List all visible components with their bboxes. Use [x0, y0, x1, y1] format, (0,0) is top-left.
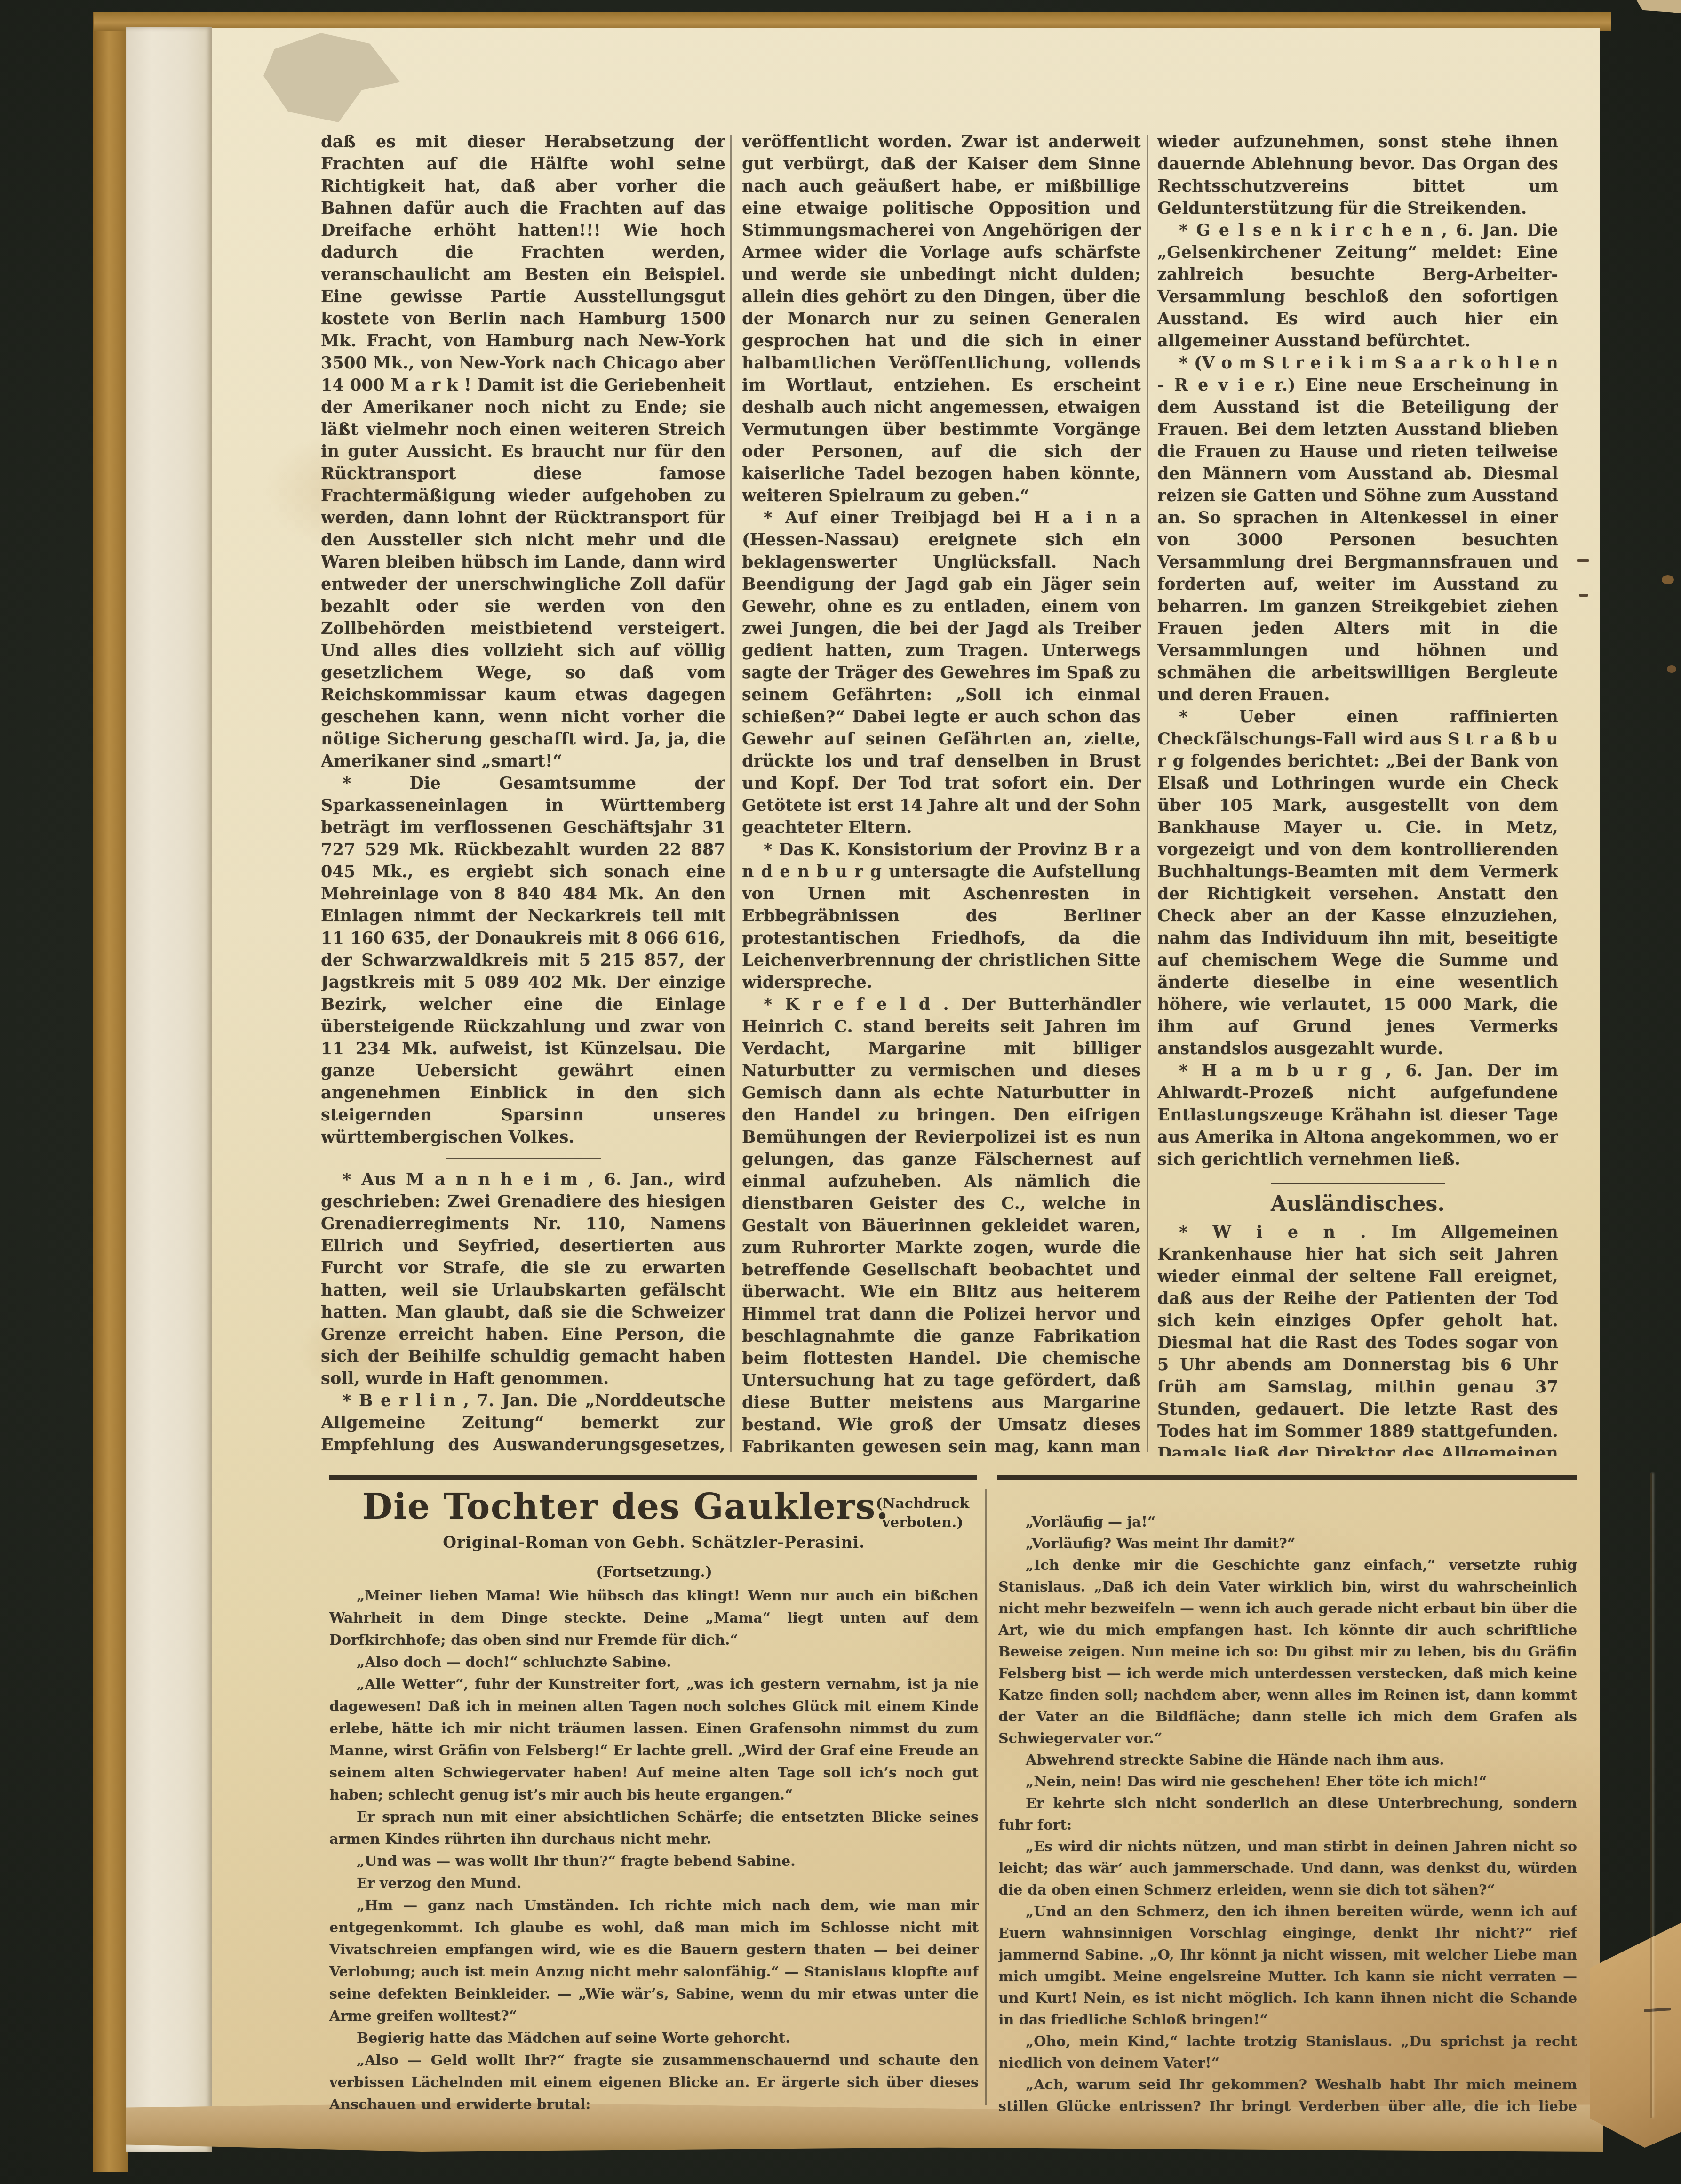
paragraph: „Hm — ganz nach Umständen. Ich richte mi… — [329, 1895, 979, 2027]
paragraph: „Und an den Schmerz, den ich ihnen berei… — [998, 1901, 1577, 2031]
news-column-2: veröffentlicht worden. Zwar ist anderwei… — [742, 131, 1141, 1456]
paragraph: * Ueber einen raffinierten Checkfälschun… — [1157, 706, 1558, 1060]
scanned-newspaper-page: daß es mit dieser Herabsetzung der Frach… — [0, 0, 1681, 2184]
column-divider-rule — [1147, 135, 1148, 1452]
paragraph: * Auf einer Treibjagd bei H a i n a (Hes… — [742, 507, 1141, 839]
novel-section-top-rule-left — [329, 1475, 977, 1480]
paragraph: „Ach, warum seid Ihr gekommen? Weshalb h… — [998, 2074, 1577, 2120]
novel-column-divider-rule — [985, 1489, 987, 2105]
heading-rule — [1271, 1183, 1445, 1184]
novel-byline: Original-Roman von Gebh. Schätzler-Peras… — [329, 1533, 979, 1552]
section-heading: Ausländisches. — [1157, 1191, 1558, 1217]
book-cover-left-edge — [93, 12, 128, 2172]
paragraph: „Meiner lieben Mama! Wie hübsch das klin… — [329, 1585, 979, 1651]
novel-reprint-notice: (Nachdruck verboten.) — [864, 1495, 981, 1532]
novel-section-top-rule-right — [997, 1475, 1577, 1480]
paragraph: wieder aufzunehmen, sonst stehe ihnen da… — [1157, 131, 1558, 219]
paragraph: * B e r l i n , 7. Jan. Die „Norddeutsch… — [321, 1390, 725, 1456]
paragraph: „Nein, nein! Das wird nie geschehen! Ehe… — [998, 1771, 1577, 1793]
paragraph: „Es wird dir nichts nützen, und man stir… — [998, 1836, 1577, 1901]
paragraph: „Und was — was wollt Ihr thun?“ fragte b… — [329, 1850, 979, 1872]
paragraph: * Das K. Konsistorium der Provinz B r a … — [742, 839, 1141, 993]
stain-speck — [1662, 575, 1674, 584]
section-divider-rule — [446, 1158, 601, 1159]
paragraph: * H a m b u r g , 6. Jan. Der im Ahlward… — [1157, 1060, 1558, 1170]
paragraph: * (V o m S t r e i k i m S a a r k o h l… — [1157, 352, 1558, 706]
column-divider-rule — [730, 135, 732, 1452]
paragraph: „Alle Wetter“, fuhr der Kunstreiter fort… — [329, 1673, 979, 1806]
paragraph: Abwehrend streckte Sabine die Hände nach… — [998, 1750, 1577, 1771]
paragraph: Begierig hatte das Mädchen auf seine Wor… — [329, 2027, 979, 2049]
paragraph: * Aus M a n n h e i m , 6. Jan., wird ge… — [321, 1168, 725, 1390]
paragraph: veröffentlicht worden. Zwar ist anderwei… — [742, 131, 1141, 507]
paragraph: * G e l s e n k i r c h e n , 6. Jan. Di… — [1157, 219, 1558, 352]
page-stack-edge — [126, 27, 212, 2152]
news-column-1: daß es mit dieser Herabsetzung der Frach… — [321, 131, 725, 1456]
stitch-mark — [1577, 559, 1589, 562]
novel-column-right: „Vorläufig — ja!“„Vorläufig? Was meint I… — [998, 1512, 1577, 2120]
paragraph: * K r e f e l d . Der Butterhändler Hein… — [742, 993, 1141, 1456]
paragraph: Er sprach nun mit einer absichtlichen Sc… — [329, 1806, 979, 1850]
paragraph: „Vorläufig? Was meint Ihr damit?“ — [998, 1533, 1577, 1555]
paragraph: „Ich denke mir die Geschichte ganz einfa… — [998, 1555, 1577, 1750]
paragraph: * W i e n . Im Allgemeinen Krankenhause … — [1157, 1221, 1558, 1456]
novel-continuation-label: (Fortsetzung.) — [329, 1563, 979, 1581]
stitch-mark — [1579, 594, 1588, 597]
novel-header: Die Tochter des Gauklers. (Nachdruck ver… — [329, 1488, 979, 1581]
paragraph: Er verzog den Mund. — [329, 1872, 979, 1895]
paragraph: „Vorläufig — ja!“ — [998, 1512, 1577, 1533]
news-column-3: wieder aufzunehmen, sonst stehe ihnen da… — [1157, 131, 1558, 1456]
paragraph: Er kehrte sich nicht sonderlich an diese… — [998, 1793, 1577, 1836]
novel-column-left: „Meiner lieben Mama! Wie hübsch das klin… — [329, 1585, 979, 2120]
paragraph: „Oho, mein Kind,“ lachte trotzig Stanisl… — [998, 2031, 1577, 2074]
page-fold-crease — [1650, 1473, 1652, 2118]
paragraph: * Die Gesamtsumme der Sparkasseneinlagen… — [321, 772, 725, 1148]
paragraph: daß es mit dieser Herabsetzung der Frach… — [321, 131, 725, 772]
paragraph: „Also doch — doch!“ schluchzte Sabine. — [329, 1651, 979, 1673]
stain-speck — [1667, 665, 1676, 673]
novel-title: Die Tochter des Gauklers. — [329, 1488, 922, 1526]
paragraph: „Also — Geld wollt Ihr?“ fragte sie zusa… — [329, 2049, 979, 2116]
